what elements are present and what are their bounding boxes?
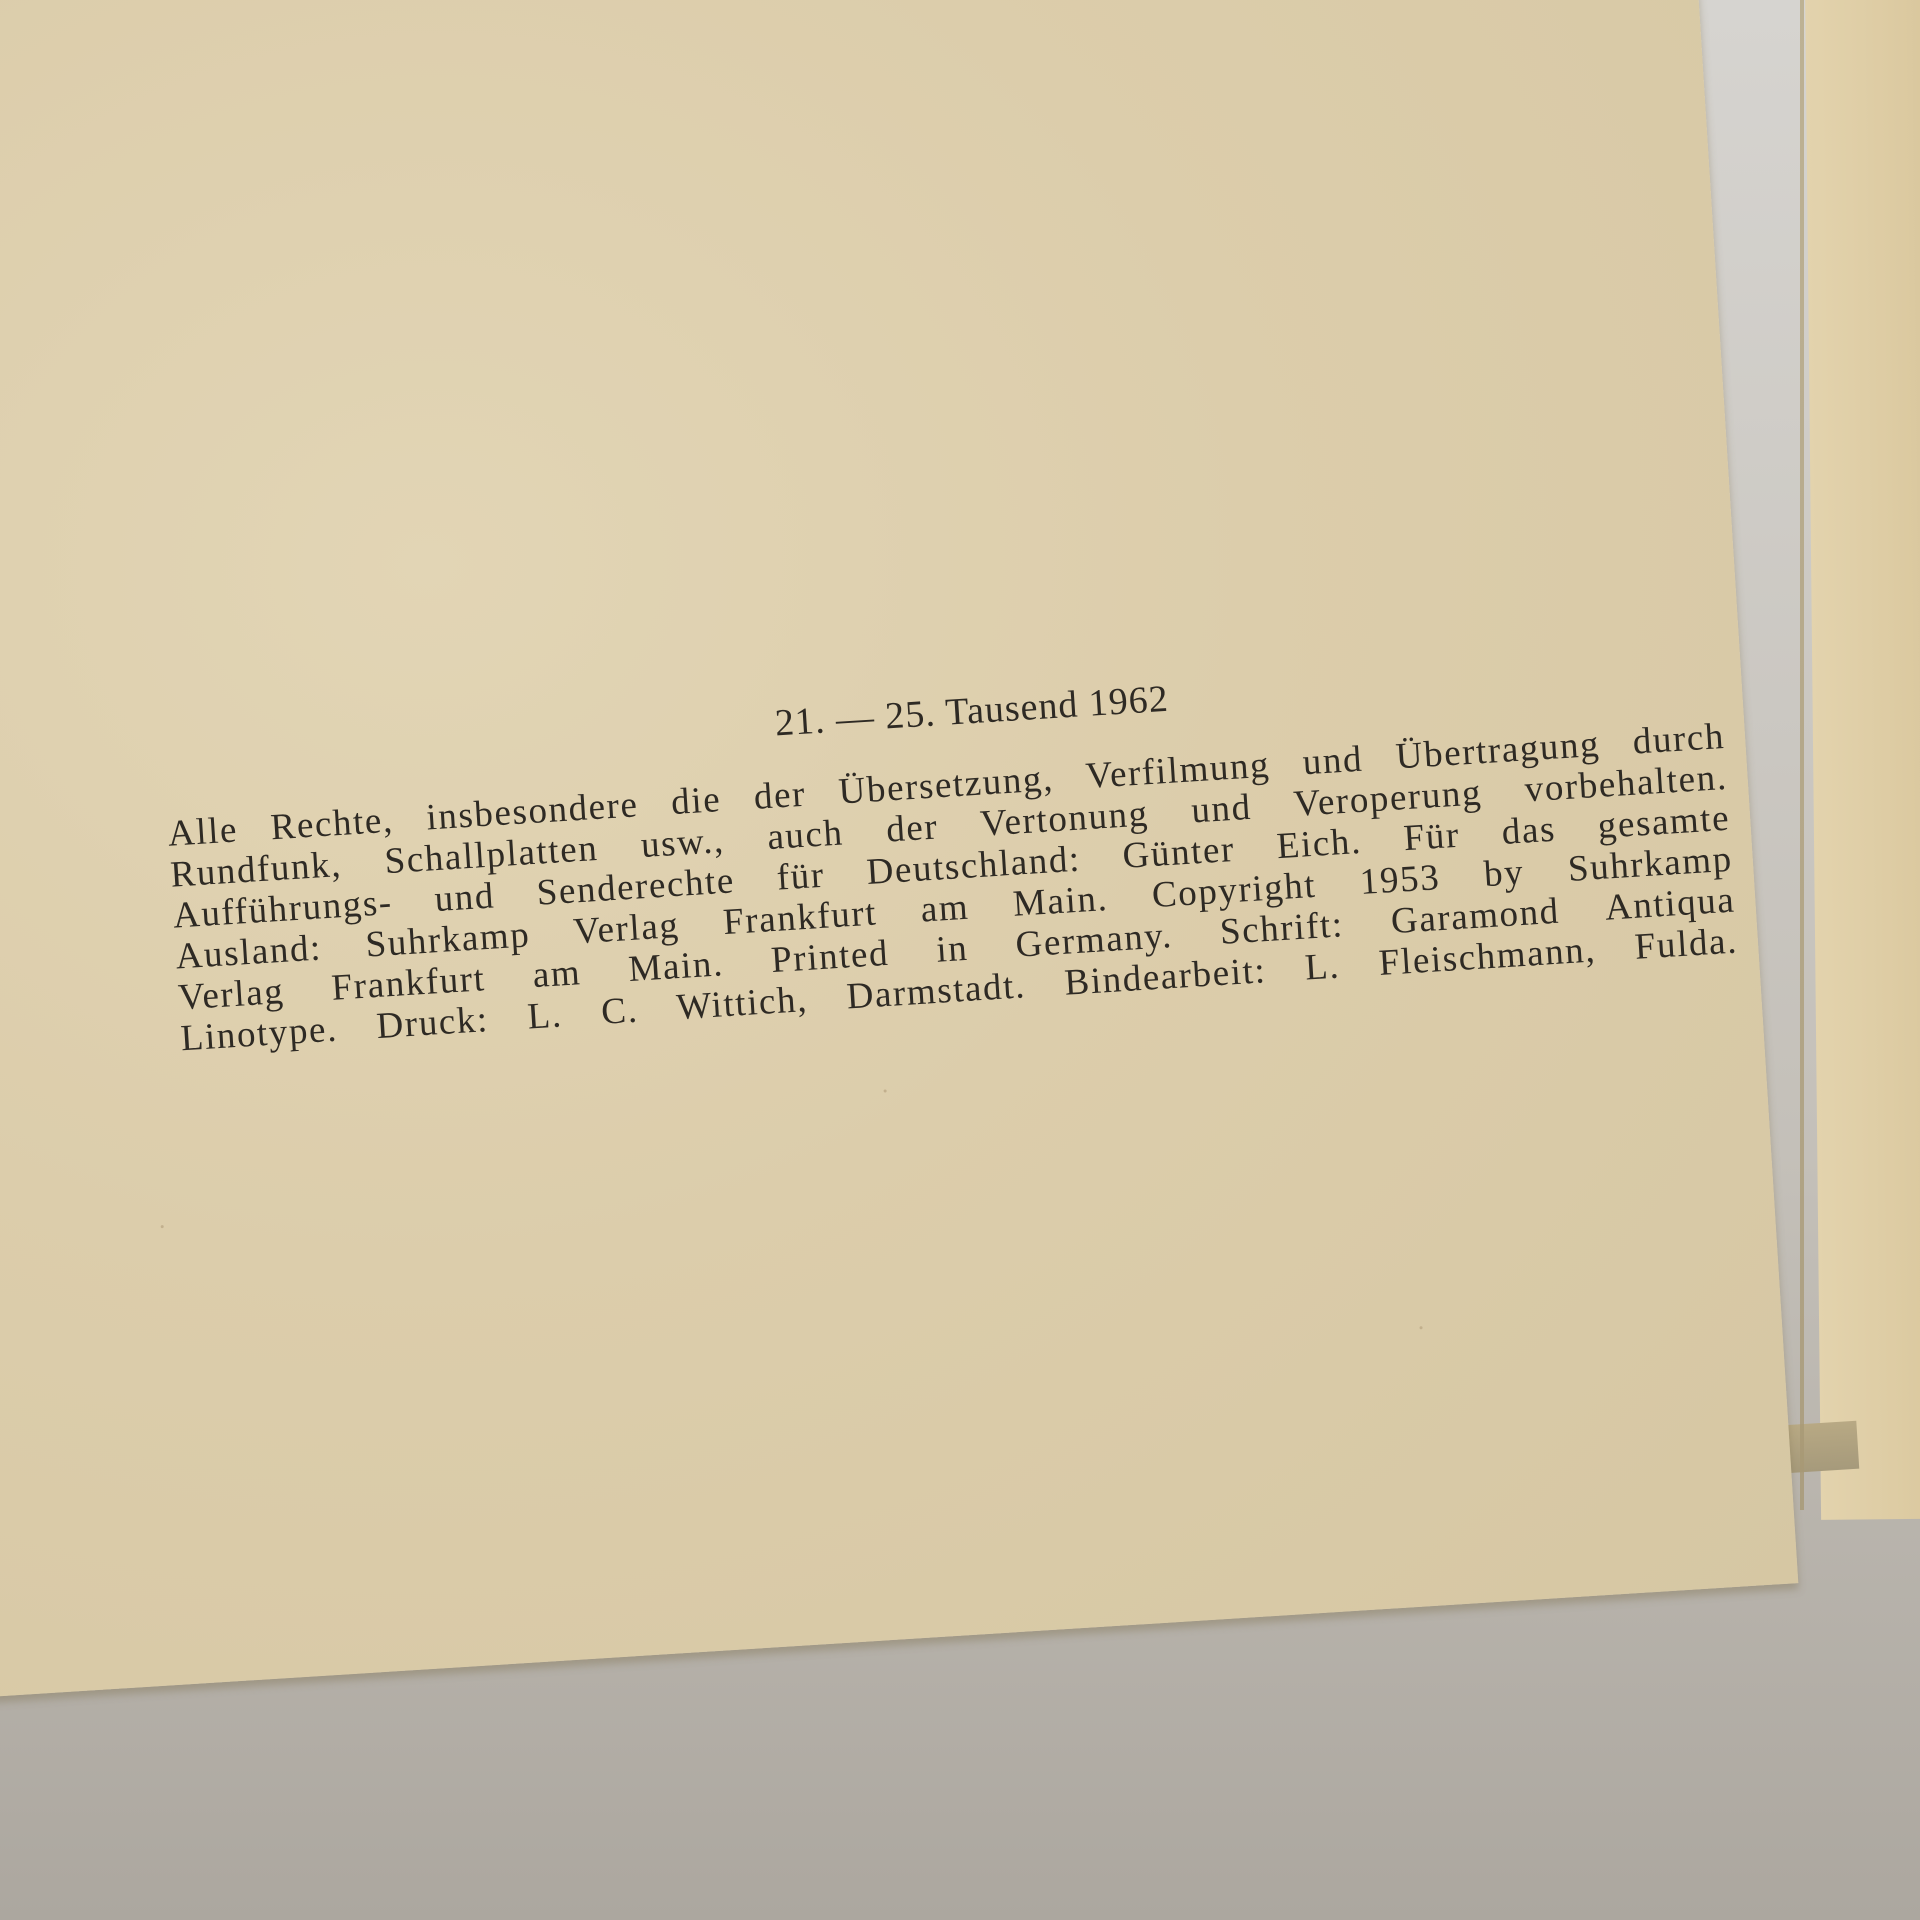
paper-speck <box>161 1225 164 1228</box>
book-cover-edge <box>1805 0 1920 1520</box>
page-fold-line <box>1800 0 1804 1510</box>
paper-speck <box>884 1089 887 1092</box>
paper-speck <box>1419 1326 1422 1329</box>
